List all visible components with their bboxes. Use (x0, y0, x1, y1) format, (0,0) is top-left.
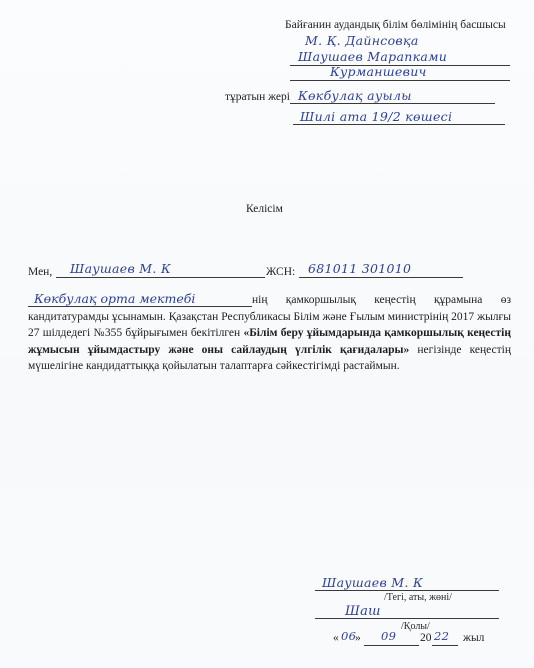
residence-underline-2 (293, 124, 505, 125)
addressee-name-handwritten: М. Қ. Дайнсовқа (305, 33, 419, 48)
me-name-underline (56, 277, 265, 278)
addressee-heading: Байғанин аудандық білім бөлімінің басшыс… (285, 19, 506, 31)
signature-handwritten: Шаш (345, 604, 381, 619)
residence-line2-handwritten: Шилі ата 19/2 көшесі (300, 109, 452, 124)
applicant-name-line1-handwritten: Шаушаев Марапками (298, 49, 447, 64)
iin-underline (299, 277, 463, 278)
signer-name-handwritten: Шаушаев М. К (322, 575, 423, 590)
month-underline (364, 645, 419, 646)
year-underline (432, 645, 458, 646)
me-name-handwritten: Шаушаев М. К (70, 261, 171, 276)
consent-paragraph: Көкбулақ орта мектебінің қамкоршылық кең… (28, 292, 511, 375)
signature-caption: /Қолы/ (401, 621, 430, 632)
applicant-name-line2-handwritten: Курманшевич (330, 64, 427, 79)
signature-underline (315, 618, 499, 619)
date-open-quote: « (333, 632, 339, 644)
document-title: Келісім (246, 203, 283, 215)
signer-name-underline (315, 590, 499, 591)
date-year-prefix: 20 (420, 632, 432, 644)
date-close-quote: » (355, 632, 361, 644)
date-year-label: жыл (463, 632, 484, 644)
date-month-handwritten: 09 (381, 629, 396, 643)
school-handwritten: Көкбулақ орта мектебі (28, 292, 252, 307)
residence-underline-1 (290, 103, 495, 104)
iin-handwritten: 681011 301010 (308, 261, 411, 276)
residence-line1-handwritten: Көкбулақ ауылы (298, 88, 412, 103)
applicant-name-underline-2 (290, 80, 510, 81)
date-year-suffix-handwritten: 22 (434, 629, 449, 643)
residence-label: тұратын жері (225, 91, 290, 103)
date-day-handwritten: 06 (341, 629, 356, 643)
me-label: Мен, (28, 266, 52, 278)
signer-name-caption: /Тегі, аты, жөні/ (384, 592, 452, 603)
iin-label: ЖСН: (266, 266, 295, 278)
document-page: Байғанин аудандық білім бөлімінің басшыс… (0, 0, 534, 668)
